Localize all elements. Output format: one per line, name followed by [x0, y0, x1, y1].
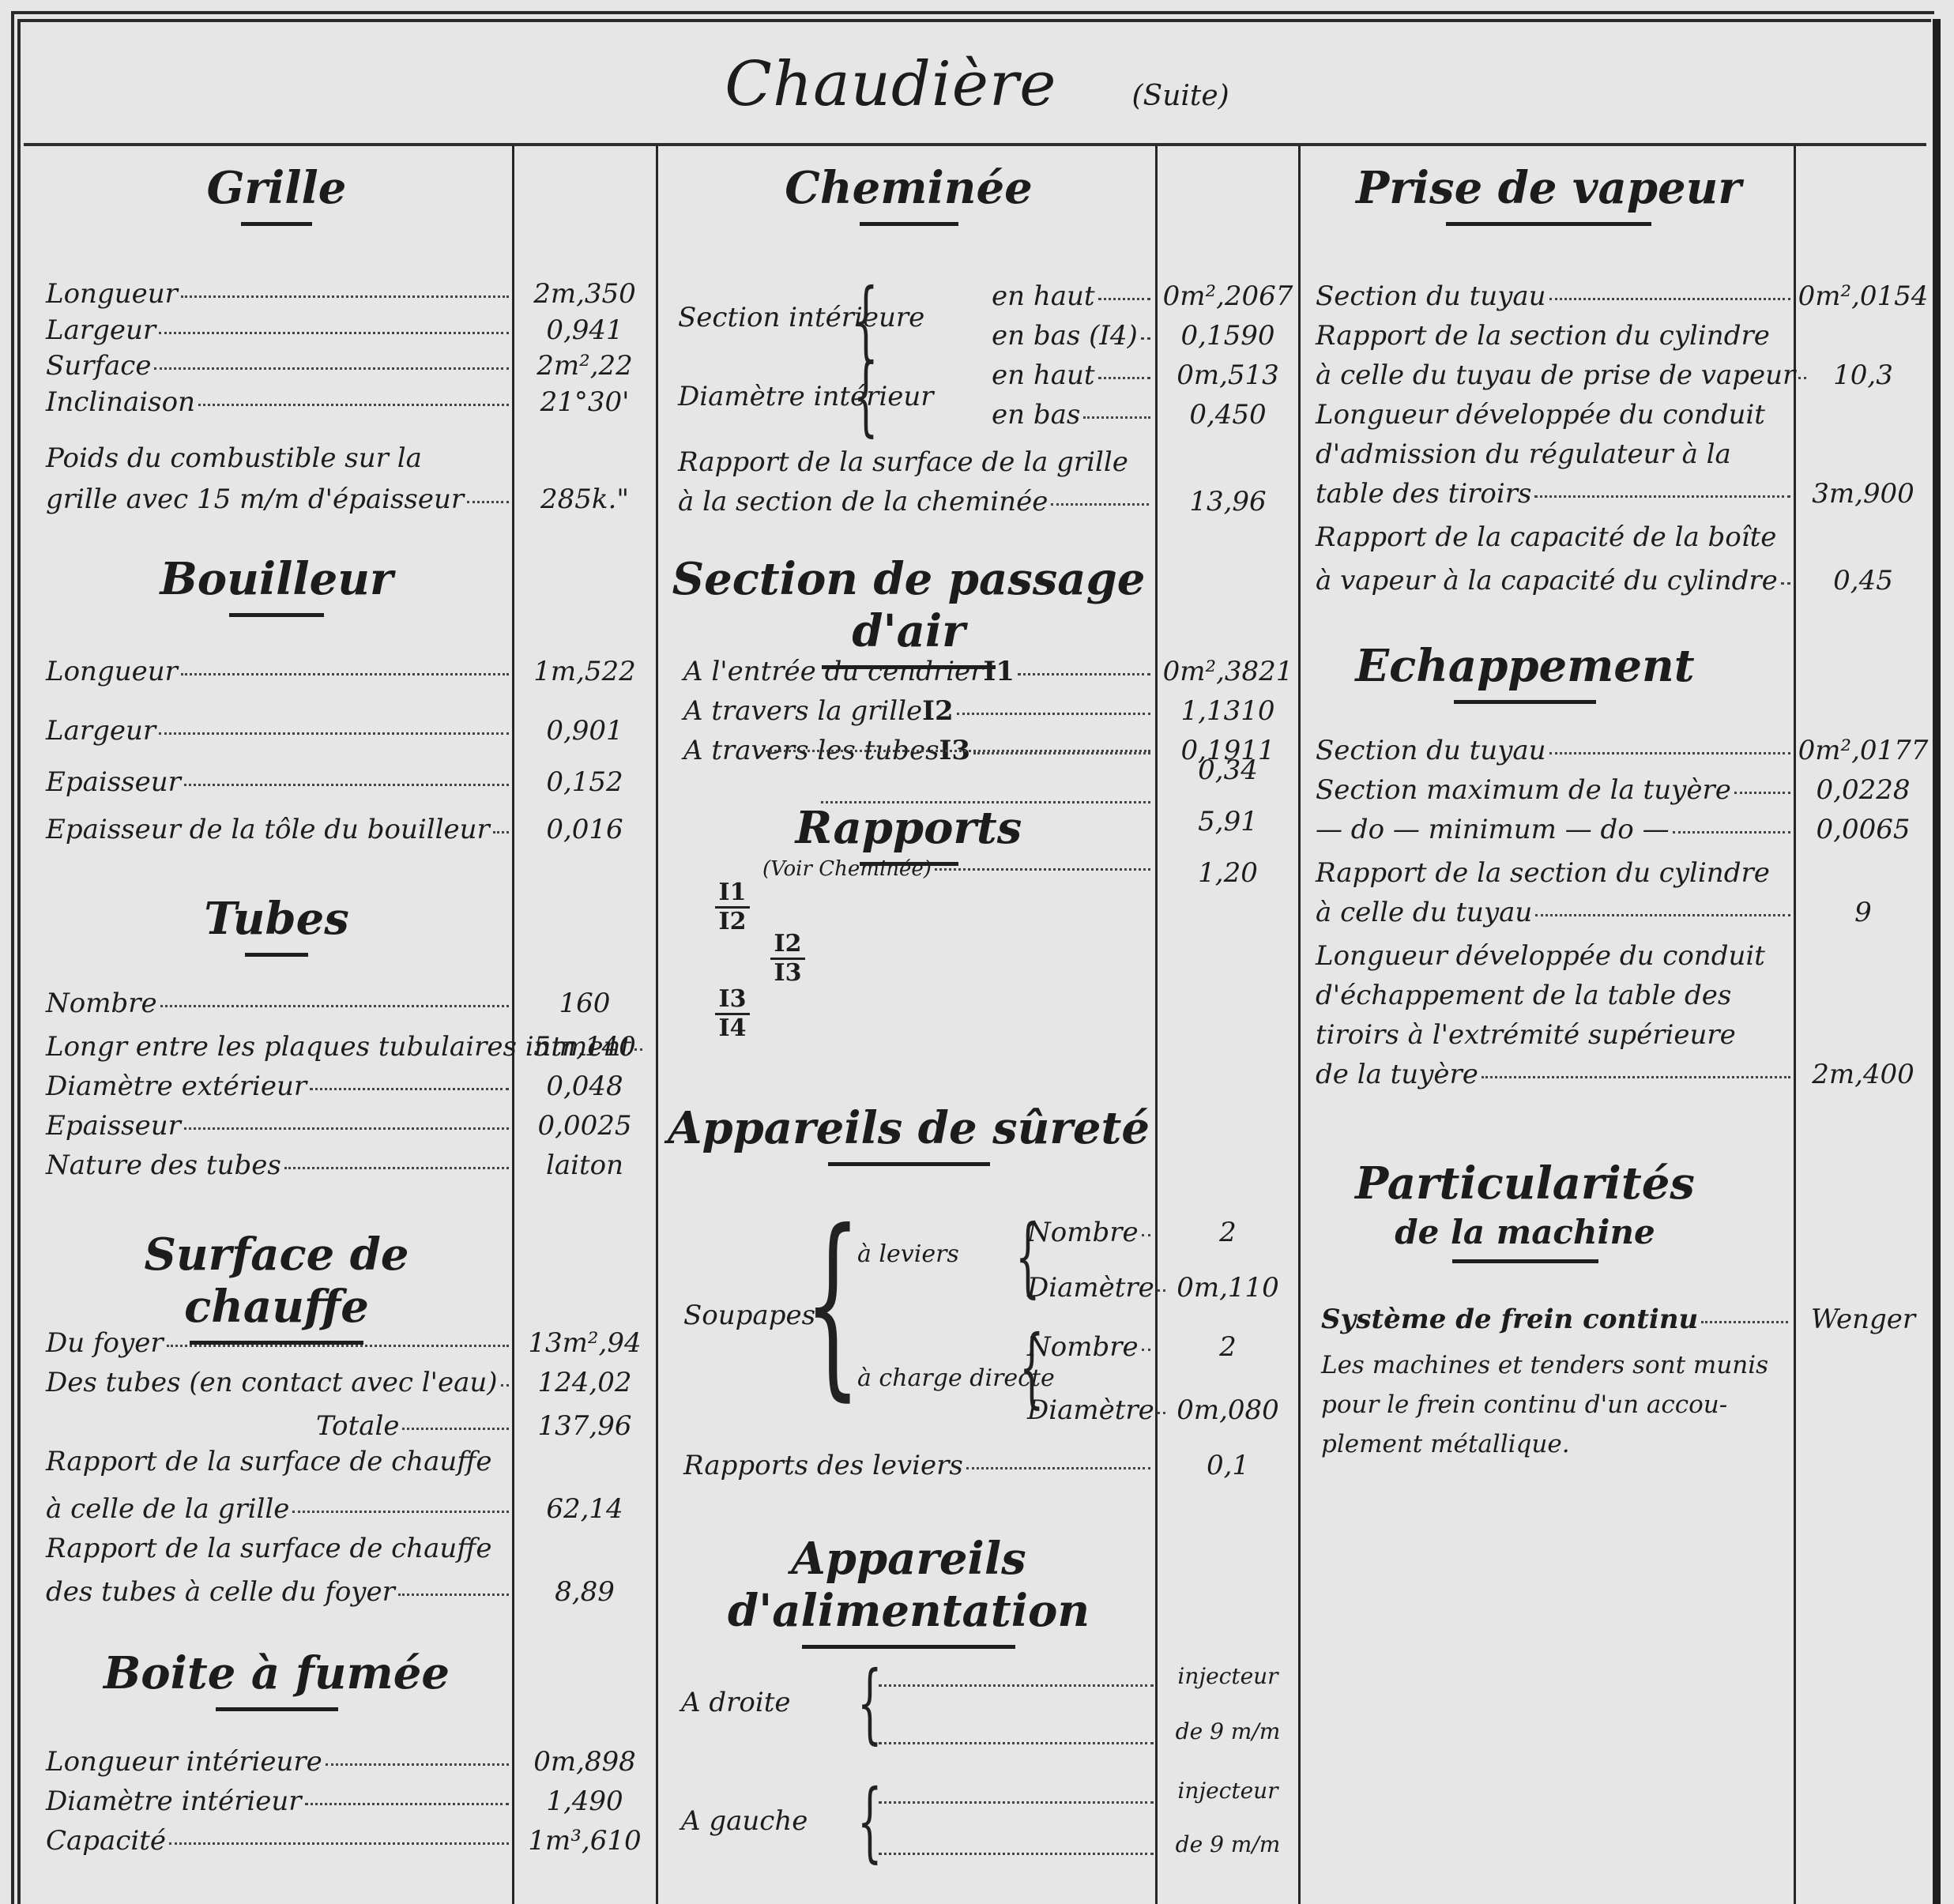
row-label: table des tiroirs — [1316, 478, 1531, 510]
row-label: en haut — [992, 359, 1095, 391]
label-a-leviers: à leviers — [857, 1240, 959, 1268]
table-row: à celle du tuyau — [1316, 897, 1794, 928]
section-heading: Appareils de sûreté — [664, 1102, 1154, 1166]
section-subheading: de la machine — [1304, 1213, 1746, 1263]
table-row: Rapport de la capacité de la boîte — [1316, 521, 1794, 553]
row-value: 0,048 — [514, 1071, 656, 1102]
section-heading: Grille — [47, 162, 506, 226]
droite-value-line2: de 9 m/m — [1158, 1718, 1298, 1744]
section-heading: Echappement — [1304, 640, 1746, 704]
denominator: I2 — [719, 910, 747, 934]
title-divider — [24, 143, 1926, 146]
table-row: à celle du tuyau de prise de vapeur — [1316, 359, 1794, 391]
blank-line — [879, 1853, 1154, 1855]
leader-dots — [1534, 495, 1790, 498]
row-label: Rapport de la capacité de la boîte — [1316, 521, 1776, 553]
section-heading: Boite à fumée — [47, 1647, 506, 1711]
fraction: I1I2 — [715, 881, 750, 934]
leader-dots — [1734, 792, 1790, 794]
denominator: I3 — [774, 961, 802, 985]
row-label: Nombre — [46, 988, 157, 1019]
row-value: 2m²,22 — [514, 350, 656, 382]
row-label: des tubes à celle du foyer — [46, 1576, 395, 1608]
gauche-value-line1: injecteur — [1158, 1778, 1298, 1804]
row-value: 1,1310 — [1158, 695, 1298, 727]
table-row: d'admission du régulateur à la — [1316, 438, 1794, 470]
table-row: Section du tuyau — [1316, 280, 1794, 312]
row-value: 0,34 — [1158, 754, 1298, 786]
table-row: Epaisseur de la tôle du bouilleur — [46, 814, 512, 845]
row-label: Des tubes (en contact avec l'eau) — [46, 1367, 498, 1398]
leader-dots — [154, 367, 509, 370]
leader-dots — [167, 1345, 509, 1347]
section-heading: Bouilleur — [47, 553, 506, 617]
row-value: 2m,400 — [1796, 1059, 1930, 1090]
label-section-interieure: Section intérieure — [678, 302, 924, 333]
row-label: Rapport de la section du cylindre — [1316, 857, 1770, 889]
row-label: de la tuyère — [1316, 1059, 1478, 1090]
table-row: Diamètre — [1027, 1394, 1154, 1426]
row-label: A l'entrée du cendrier — [683, 656, 983, 687]
row-label: en bas — [992, 399, 1080, 431]
table-row: Du foyer — [46, 1327, 512, 1359]
fraction: I3I4 — [715, 988, 750, 1040]
leader-dots — [1141, 337, 1150, 340]
leader-dots — [1098, 298, 1150, 300]
row-label: Largeur — [46, 715, 156, 747]
title-main: Chaudière — [725, 49, 1056, 120]
table-row — [762, 754, 1154, 757]
table-row: Totale — [316, 1410, 512, 1442]
row-label: Nature des tubes — [46, 1150, 281, 1181]
row-label: — do — minimum — do — — [1316, 814, 1670, 845]
row-value: 2 — [1158, 1217, 1298, 1248]
row-label: Diamètre — [1027, 1394, 1154, 1426]
leader-dots — [1535, 914, 1790, 916]
blank-line — [879, 1801, 1154, 1804]
brace-icon: { — [857, 1659, 883, 1746]
row-label: Poids du combustible sur la — [46, 442, 422, 474]
row-value: 3m,900 — [1796, 478, 1930, 510]
row-value: 0m,110 — [1158, 1272, 1298, 1304]
leader-dots — [159, 732, 509, 735]
table-row: à celle de la grille — [46, 1493, 512, 1525]
table-row: A l'entrée du cendrier I1 — [683, 656, 1154, 687]
row-value: 0,45 — [1796, 565, 1930, 596]
note-line: pour le frein continu d'un accou- — [1321, 1390, 1727, 1419]
leader-dots — [292, 1511, 509, 1513]
table-row: table des tiroirs — [1316, 478, 1794, 510]
row-value: 10,3 — [1796, 359, 1930, 391]
row-label: Rapport de la section du cylindre — [1316, 320, 1770, 352]
table-row: Largeur — [46, 715, 512, 747]
table-row: Rapport de la surface de chauffe — [46, 1446, 512, 1477]
row-label: d'échappement de la table des — [1316, 980, 1731, 1011]
row-label: Totale — [316, 1410, 399, 1442]
column-divider — [1298, 145, 1301, 1904]
table-row: tiroirs à l'extrémité supérieure — [1316, 1019, 1794, 1051]
row-label: Diamètre extérieur — [46, 1071, 307, 1102]
table-row: Diamètre extérieur — [46, 1071, 512, 1102]
leader-dots — [184, 1127, 509, 1130]
table-row: Nature des tubes — [46, 1150, 512, 1181]
leader-dots — [1781, 582, 1790, 585]
row-label: à celle du tuyau — [1316, 897, 1532, 928]
rapports-leviers-value: 0,1 — [1158, 1450, 1298, 1481]
table-row: Diamètre intérieur — [46, 1785, 512, 1817]
row-value: 137,96 — [514, 1410, 656, 1442]
row-label: d'admission du régulateur à la — [1316, 438, 1731, 470]
row-value: 0m,080 — [1158, 1394, 1298, 1426]
label-diametre-interieur: Diamètre intérieur — [678, 381, 934, 412]
section-heading: Particularités — [1304, 1157, 1746, 1210]
section-heading: Tubes — [47, 893, 506, 957]
row-value: 0m²,0177 — [1796, 735, 1930, 766]
row-value: 285k." — [514, 484, 656, 515]
rapports-leviers-row: Rapports des leviers — [683, 1450, 1154, 1481]
table-row: Epaisseur — [46, 1110, 512, 1142]
table-row: en bas (I4) — [992, 320, 1154, 352]
leader-dots — [160, 1005, 509, 1007]
row-label: tiroirs à l'extrémité supérieure — [1316, 1019, 1736, 1051]
table-row: Capacité — [46, 1825, 512, 1857]
row-value: 0m²,2067 — [1158, 280, 1298, 312]
table-row: Diamètre — [1027, 1272, 1154, 1304]
leader-dots — [402, 1428, 509, 1430]
row-label: Capacité — [46, 1825, 166, 1857]
table-row: en bas — [992, 399, 1154, 431]
row-label: Du foyer — [46, 1327, 164, 1359]
page-title: Chaudière (Suite) — [0, 49, 1954, 120]
row-value: 0,016 — [514, 814, 656, 845]
section-heading: Section de passage d'air — [664, 553, 1154, 669]
leader-dots — [198, 404, 509, 406]
row-label: grille avec 15 m/m d'épaisseur — [46, 484, 464, 515]
column-divider — [656, 145, 658, 1904]
label-a-gauche: A gauche — [681, 1805, 808, 1837]
row-label: Rapport de la surface de chauffe — [46, 1446, 491, 1477]
table-row: Nombre — [1027, 1217, 1154, 1248]
row-label: Longueur développée du conduit — [1316, 399, 1765, 431]
leader-dots — [310, 1088, 509, 1090]
row-label: Nombre — [1027, 1217, 1139, 1248]
row-label: Section maximum de la tuyère — [1316, 774, 1731, 806]
table-row: en haut — [992, 280, 1154, 312]
leader-dots — [159, 332, 509, 334]
row-label: Section du tuyau — [1316, 280, 1546, 312]
table-row: de la tuyère — [1316, 1059, 1794, 1090]
row-value: 2 — [1158, 1331, 1298, 1363]
leader-dots — [305, 1803, 509, 1805]
row-note: (Voir Cheminée) — [762, 857, 932, 881]
numerator: I1 — [719, 881, 747, 905]
row-label: Longueur — [46, 278, 178, 310]
row-label: Longueur — [46, 656, 178, 687]
row-value: 0,152 — [514, 766, 656, 798]
table-row — [818, 806, 1154, 808]
section-heading: Cheminée — [664, 162, 1154, 226]
leader-dots — [501, 1384, 509, 1387]
row-label: Epaisseur de la tôle du bouilleur — [46, 814, 490, 845]
note-line: plement métallique. — [1321, 1430, 1570, 1458]
leader-dots — [1083, 416, 1150, 419]
row-label: Diamètre — [1027, 1272, 1154, 1304]
row-value: 0m,898 — [514, 1746, 656, 1778]
droite-value-line1: injecteur — [1158, 1663, 1298, 1689]
row-value: 13m²,94 — [514, 1327, 656, 1359]
row-label: à celle du tuyau de prise de vapeur — [1316, 359, 1795, 391]
table-row: Section du tuyau — [1316, 735, 1794, 766]
table-row: (Voir Cheminée) — [762, 857, 1154, 881]
leader-dots — [1098, 377, 1150, 379]
fraction: I2I3 — [770, 932, 805, 985]
numerator: I2 — [774, 932, 802, 956]
row-value: 1,20 — [1158, 857, 1298, 889]
brace-icon: { — [804, 1205, 861, 1402]
row-label: Inclinaison — [46, 386, 195, 418]
row-value: 5m,140 — [514, 1031, 656, 1063]
denominator: I4 — [719, 1017, 747, 1040]
label-a-droite: A droite — [681, 1687, 791, 1718]
table-row: d'échappement de la table des — [1316, 980, 1794, 1011]
leader-dots — [326, 1763, 509, 1766]
table-row: Largeur — [46, 314, 512, 346]
leader-dots — [1549, 298, 1790, 300]
note-line: Les machines et tenders sont munis — [1321, 1351, 1768, 1379]
row-value: 0,1590 — [1158, 320, 1298, 352]
row-value: 5,91 — [1158, 806, 1298, 837]
leader-dots — [398, 1594, 509, 1596]
brace-icon: { — [857, 1778, 883, 1864]
row-label: Largeur — [46, 314, 156, 346]
table-row: Inclinaison — [46, 386, 512, 418]
blank-line — [879, 1684, 1154, 1687]
row-value: 0m²,0154 — [1796, 280, 1930, 312]
leader-dots — [1482, 1076, 1790, 1078]
row-label: Surface — [46, 350, 151, 382]
row-value: 2m,350 — [514, 278, 656, 310]
table-row: Longueur — [46, 656, 512, 687]
section-heading: Appareils d'alimentation — [664, 1533, 1154, 1649]
table-row: en haut — [992, 359, 1154, 391]
row-label: A travers la grille — [683, 695, 922, 727]
table-row: Longueur développée du conduit — [1316, 399, 1794, 431]
rapport-value: 13,96 — [1158, 486, 1298, 517]
table-row: Rapport de la section du cylindre — [1316, 320, 1794, 352]
row-label: Epaisseur — [46, 766, 181, 798]
row-value: 0,941 — [514, 314, 656, 346]
row-label: Rapport de la surface de chauffe — [46, 1533, 491, 1564]
table-row: Epaisseur — [46, 766, 512, 798]
row-value: laiton — [514, 1150, 656, 1181]
leader-dots — [169, 1842, 509, 1845]
table-row: Des tubes (en contact avec l'eau) — [46, 1367, 512, 1398]
row-value: 1m,522 — [514, 656, 656, 687]
row-value: 0m,513 — [1158, 359, 1298, 391]
row-label: à celle de la grille — [46, 1493, 289, 1525]
label-soupapes: Soupapes — [683, 1300, 815, 1331]
table-row: A travers la grille I2 — [683, 695, 1154, 727]
row-label: Longueur développée du conduit — [1316, 940, 1765, 972]
leader-dots — [957, 713, 1150, 715]
table-row: des tubes à celle du foyer — [46, 1576, 512, 1608]
row-label: Section du tuyau — [1316, 735, 1546, 766]
table-row: Section maximum de la tuyère — [1316, 774, 1794, 806]
row-value: 124,02 — [514, 1367, 656, 1398]
table-row: Longueur développée du conduit — [1316, 940, 1794, 972]
table-row: Longueur — [46, 278, 512, 310]
row-value: 0,901 — [514, 715, 656, 747]
leader-dots — [1142, 1234, 1150, 1236]
row-value: 9 — [1796, 897, 1930, 928]
table-row: Rapport de la surface de chauffe — [46, 1533, 512, 1564]
row-tag: I2 — [922, 695, 954, 727]
leader-dots — [1549, 752, 1790, 754]
table-row: — do — minimum — do — — [1316, 814, 1794, 845]
leader-dots — [1673, 831, 1790, 833]
row-value: 1,490 — [514, 1785, 656, 1817]
row-label: en haut — [992, 280, 1095, 312]
leader-dots — [184, 784, 509, 786]
row-value: 160 — [514, 988, 656, 1019]
row-value: 0,0065 — [1796, 814, 1930, 845]
row-value: 0m²,3821 — [1158, 656, 1298, 687]
row-value: 0,450 — [1158, 399, 1298, 431]
page-border-right — [1933, 19, 1941, 1904]
numerator: I3 — [719, 988, 747, 1011]
table-row: Rapport de la section du cylindre — [1316, 857, 1794, 889]
table-row: Longueur intérieure — [46, 1746, 512, 1778]
row-value: 1m³,610 — [514, 1825, 656, 1857]
row-label: Longueur intérieure — [46, 1746, 322, 1778]
title-sub: (Suite) — [1132, 80, 1229, 112]
row-label: Nombre — [1027, 1331, 1139, 1363]
row-label: Diamètre intérieur — [46, 1785, 302, 1817]
section-heading: Prise de vapeur — [1304, 162, 1794, 226]
row-value: 62,14 — [514, 1493, 656, 1525]
rapport-line1: Rapport de la surface de la grille — [678, 446, 1128, 478]
table-row: Nombre — [1027, 1331, 1154, 1363]
gauche-value-line2: de 9 m/m — [1158, 1831, 1298, 1857]
table-row: Surface — [46, 350, 512, 382]
table-row: Poids du combustible sur la — [46, 442, 512, 474]
column-divider — [1794, 145, 1796, 1904]
leader-dots — [1142, 1349, 1150, 1351]
rapport-line2: à la section de la cheminée — [678, 486, 1152, 517]
row-value: 0,0025 — [514, 1110, 656, 1142]
leader-dots — [467, 501, 509, 503]
leader-dots — [1018, 673, 1150, 675]
leader-dots — [284, 1167, 509, 1169]
row-label: à vapeur à la capacité du cylindre — [1316, 565, 1778, 596]
row-value: 21°30' — [514, 386, 656, 418]
frein-row: Système de frein continu — [1321, 1304, 1791, 1335]
table-row: grille avec 15 m/m d'épaisseur — [46, 484, 512, 515]
table-row: Nombre — [46, 988, 512, 1019]
row-value: 8,89 — [514, 1576, 656, 1608]
table-row: Longr entre les plaques tubulaires intme… — [46, 1031, 512, 1063]
leader-dots — [181, 295, 509, 298]
row-tag: I1 — [983, 656, 1015, 687]
row-label: Epaisseur — [46, 1110, 181, 1142]
section-heading: Rapports — [664, 802, 1154, 866]
table-row: à vapeur à la capacité du cylindre — [1316, 565, 1794, 596]
blank-line — [879, 1742, 1154, 1744]
row-value: 0,0228 — [1796, 774, 1930, 806]
frein-value: Wenger — [1796, 1304, 1930, 1335]
row-label: en bas (I4) — [992, 320, 1138, 352]
brace-icon: { — [853, 352, 879, 438]
leader-dots — [181, 673, 509, 675]
leader-dots — [493, 831, 509, 833]
